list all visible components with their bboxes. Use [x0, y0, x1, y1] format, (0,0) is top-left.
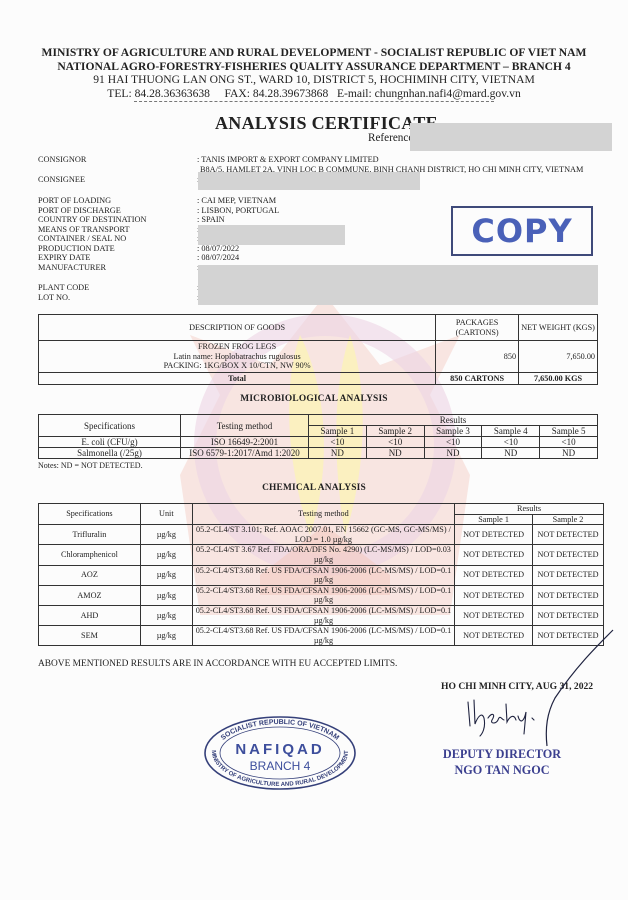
chem-unit: µg/kg: [140, 565, 192, 585]
lot-no-label: LOT NO.: [38, 293, 70, 303]
micro-sample-header: Sample 4: [482, 426, 540, 437]
chem-spec: SEM: [39, 626, 141, 646]
chem-col-unit: Unit: [140, 504, 192, 525]
goods-item-name: FROZEN FROG LEGS: [41, 342, 433, 352]
consignor-value: : TANIS IMPORT & EXPORT COMPANY LIMITED: [197, 155, 379, 165]
micro-method: ISO 6579-1:2017/Amd 1:2020: [181, 448, 309, 459]
conclusion-statement: ABOVE MENTIONED RESULTS ARE IN ACCORDANC…: [38, 659, 397, 669]
micro-col-method: Testing method: [181, 415, 309, 437]
micro-sample-header: Sample 1: [309, 426, 367, 437]
chem-result: NOT DETECTED: [455, 565, 533, 585]
goods-item-latin: Latin name: Hoplobatrachus rugulosus: [41, 352, 433, 362]
nafiqad-seal-icon: SOCIALIST REPUBLIC OF VIETNAM MINISTRY O…: [202, 714, 358, 792]
chem-method: 05.2-CL4/ST3.68 Ref. US FDA/CFSAN 1906-2…: [192, 605, 454, 625]
consignee-label: CONSIGNEE: [38, 175, 85, 185]
goods-total-packages: 850 CARTONS: [436, 373, 519, 385]
micro-method: ISO 16649-2:2001: [181, 437, 309, 448]
micro-title: MICROBIOLOGICAL ANALYSIS: [0, 394, 628, 404]
chem-result: NOT DETECTED: [455, 525, 533, 545]
micro-col-spec: Specifications: [39, 415, 181, 437]
micro-col-results: Results: [309, 415, 598, 426]
chem-result: NOT DETECTED: [533, 565, 604, 585]
chem-row: AOZµg/kg05.2-CL4/ST3.68 Ref. US FDA/CFSA…: [39, 565, 604, 585]
signer-block: DEPUTY DIRECTOR NGO TAN NGOC: [427, 746, 577, 778]
chem-row: Chloramphenicolµg/kg05.2-CL4/ST 3.67 Ref…: [39, 545, 604, 565]
micro-sample-header: Sample 2: [366, 426, 424, 437]
production-date-label: PRODUCTION DATE: [38, 244, 115, 254]
redacted-consignee: [198, 172, 420, 190]
chem-unit: µg/kg: [140, 525, 192, 545]
copy-stamp: COPY: [451, 206, 593, 256]
container-label: CONTAINER / SEAL NO: [38, 234, 126, 244]
chem-title: CHEMICAL ANALYSIS: [0, 483, 628, 493]
micro-row: E. coli (CFU/g) ISO 16649-2:2001 <10 <10…: [39, 437, 598, 448]
micro-result: <10: [540, 437, 598, 448]
svg-text:NAFIQAD: NAFIQAD: [235, 741, 324, 758]
micro-result: ND: [540, 448, 598, 459]
chem-header-row: Specifications Unit Testing method Resul…: [39, 504, 604, 515]
header-address: 91 HAI THUONG LAN ONG ST., WARD 10, DIST…: [0, 73, 628, 87]
micro-result: ND: [482, 448, 540, 459]
chem-row: AMOZµg/kg05.2-CL4/ST3.68 Ref. US FDA/CFS…: [39, 585, 604, 605]
certificate-page: MINISTRY OF AGRICULTURE AND RURAL DEVELO…: [0, 0, 628, 900]
goods-col-description: DESCRIPTION OF GOODS: [39, 315, 436, 341]
chem-unit: µg/kg: [140, 545, 192, 565]
goods-total-label: Total: [39, 373, 436, 385]
signer-title: DEPUTY DIRECTOR: [427, 746, 577, 762]
goods-header-row: DESCRIPTION OF GOODS PACKAGES (CARTONS) …: [39, 315, 598, 341]
chem-spec: Chloramphenicol: [39, 545, 141, 565]
goods-col-weight: NET WEIGHT (KGS): [519, 315, 598, 341]
goods-item-packages: 850: [436, 341, 519, 373]
chem-unit: µg/kg: [140, 605, 192, 625]
goods-item-row: FROZEN FROG LEGS Latin name: Hoplobatrac…: [39, 341, 598, 373]
copy-stamp-text: COPY: [471, 212, 572, 250]
header-divider: [134, 101, 494, 102]
goods-table: DESCRIPTION OF GOODS PACKAGES (CARTONS) …: [38, 314, 598, 385]
header-department: NATIONAL AGRO-FORESTRY-FISHERIES QUALITY…: [0, 60, 628, 74]
redacted-manufacturer: [198, 265, 598, 305]
chem-method: 05.2-CL4/ST3.68 Ref. US FDA/CFSAN 1906-2…: [192, 585, 454, 605]
chem-spec: Trifluralin: [39, 525, 141, 545]
chem-result: NOT DETECTED: [455, 605, 533, 625]
chem-result: NOT DETECTED: [455, 585, 533, 605]
goods-item-description: FROZEN FROG LEGS Latin name: Hoplobatrac…: [39, 341, 436, 373]
chem-spec: AOZ: [39, 565, 141, 585]
micro-sample-header: Sample 5: [540, 426, 598, 437]
transport-label: MEANS OF TRANSPORT: [38, 225, 130, 235]
micro-row: Salmonella (/25g) ISO 6579-1:2017/Amd 1:…: [39, 448, 598, 459]
destination-value: : SPAIN: [197, 215, 225, 225]
micro-result: <10: [482, 437, 540, 448]
chem-result: NOT DETECTED: [455, 545, 533, 565]
destination-label: COUNTRY OF DESTINATION: [38, 215, 146, 225]
micro-sample-header: Sample 3: [424, 426, 482, 437]
chem-method: 05.2-CL4/ST 3.101; Ref. AOAC 2007.01, EN…: [192, 525, 454, 545]
chem-table: Specifications Unit Testing method Resul…: [38, 503, 604, 646]
header-ministry: MINISTRY OF AGRICULTURE AND RURAL DEVELO…: [0, 46, 628, 60]
chem-spec: AMOZ: [39, 585, 141, 605]
chem-col-results: Results: [455, 504, 604, 515]
micro-spec: E. coli (CFU/g): [39, 437, 181, 448]
goods-total-weight: 7,650.00 KGS: [519, 373, 598, 385]
goods-item-packing: PACKING: 1KG/BOX X 10/CTN, NW 90%: [41, 361, 433, 371]
port-discharge-value: : LISBON, PORTUGAL: [197, 206, 279, 216]
micro-result: ND: [424, 448, 482, 459]
redacted-transport: [198, 225, 345, 245]
signer-name: NGO TAN NGOC: [427, 762, 577, 778]
consignor-label: CONSIGNOR: [38, 155, 86, 165]
chem-result: NOT DETECTED: [533, 585, 604, 605]
chem-row: AHDµg/kg05.2-CL4/ST3.68 Ref. US FDA/CFSA…: [39, 605, 604, 625]
chem-col-method: Testing method: [192, 504, 454, 525]
signature-icon: [462, 694, 542, 739]
chem-sample-header: Sample 2: [533, 514, 604, 525]
micro-table: Specifications Testing method Results Sa…: [38, 414, 598, 459]
port-loading-value: : CAI MEP, VIETNAM: [197, 196, 276, 206]
goods-total-row: Total 850 CARTONS 7,650.00 KGS: [39, 373, 598, 385]
micro-header-row: Specifications Testing method Results: [39, 415, 598, 426]
micro-result: <10: [309, 437, 367, 448]
chem-result: NOT DETECTED: [533, 545, 604, 565]
manufacturer-label: MANUFACTURER: [38, 263, 106, 273]
issuer-header: MINISTRY OF AGRICULTURE AND RURAL DEVELO…: [0, 46, 628, 102]
micro-result: <10: [424, 437, 482, 448]
chem-spec: AHD: [39, 605, 141, 625]
micro-result: <10: [366, 437, 424, 448]
port-loading-label: PORT OF LOADING: [38, 196, 111, 206]
chem-unit: µg/kg: [140, 585, 192, 605]
chem-sample-header: Sample 1: [455, 514, 533, 525]
chem-result: NOT DETECTED: [533, 525, 604, 545]
chem-unit: µg/kg: [140, 626, 192, 646]
port-discharge-label: PORT OF DISCHARGE: [38, 206, 121, 216]
header-contact: TEL: 84.28.36363638 FAX: 84.28.39673868 …: [0, 87, 628, 101]
micro-notes: Notes: ND = NOT DETECTED.: [38, 461, 143, 470]
plant-code-label: PLANT CODE: [38, 283, 89, 293]
chem-method: 05.2-CL4/ST3.68 Ref. US FDA/CFSAN 1906-2…: [192, 565, 454, 585]
micro-result: ND: [366, 448, 424, 459]
micro-result: ND: [309, 448, 367, 459]
svg-text:BRANCH 4: BRANCH 4: [250, 759, 311, 773]
chem-row: Trifluralinµg/kg05.2-CL4/ST 3.101; Ref. …: [39, 525, 604, 545]
chem-result: NOT DETECTED: [533, 605, 604, 625]
document-title: ANALYSIS CERTIFICATE: [215, 113, 438, 134]
chem-col-spec: Specifications: [39, 504, 141, 525]
chem-method: 05.2-CL4/ST 3.67 Ref. FDA/ORA/DFS No. 42…: [192, 545, 454, 565]
expiry-date-value: : 08/07/2024: [197, 253, 239, 263]
expiry-date-label: EXPIRY DATE: [38, 253, 90, 263]
chem-method: 05.2-CL4/ST3.68 Ref. US FDA/CFSAN 1906-2…: [192, 626, 454, 646]
redacted-reference: [410, 123, 612, 151]
goods-item-weight: 7,650.00: [519, 341, 598, 373]
micro-spec: Salmonella (/25g): [39, 448, 181, 459]
goods-col-packages: PACKAGES (CARTONS): [436, 315, 519, 341]
